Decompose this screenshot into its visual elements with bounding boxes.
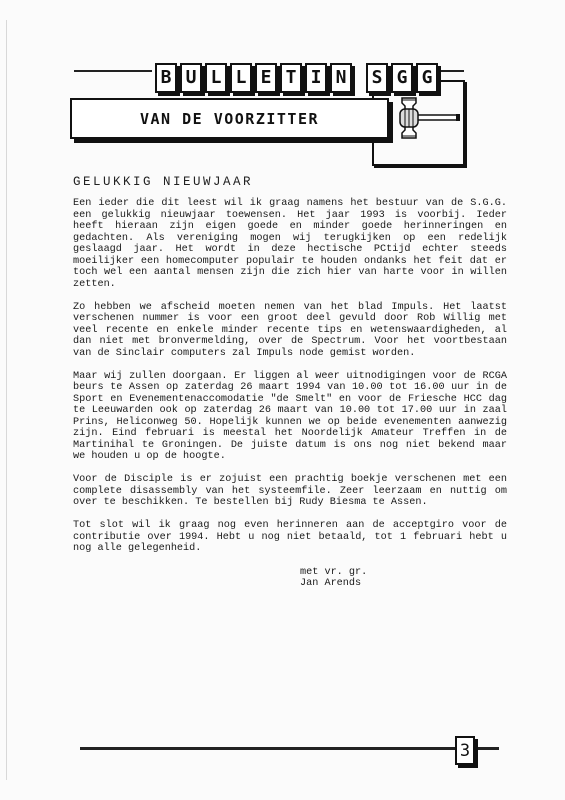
signoff: met vr. gr. Jan Arends bbox=[300, 567, 507, 590]
article-paragraph: Voor de Disciple is er zojuist een prach… bbox=[73, 474, 507, 509]
masthead-letter: L bbox=[230, 63, 252, 93]
section-title: VAN DE VOORZITTER bbox=[140, 110, 319, 128]
article-paragraph: Een ieder die dit leest wil ik graag nam… bbox=[73, 198, 507, 290]
masthead: B U L L E T I N S G G bbox=[152, 63, 441, 96]
signoff-author: Jan Arends bbox=[300, 578, 507, 590]
page-number: 3 bbox=[455, 736, 475, 765]
masthead-letter: I bbox=[305, 63, 327, 93]
article-heading: GELUKKIG NIEUWJAAR bbox=[73, 175, 507, 189]
article: GELUKKIG NIEUWJAAR Een ieder die dit lee… bbox=[73, 175, 507, 590]
masthead-letter: T bbox=[280, 63, 302, 93]
signoff-greeting: met vr. gr. bbox=[300, 567, 507, 579]
masthead-letter: N bbox=[330, 63, 352, 93]
masthead-letter: G bbox=[416, 63, 438, 93]
masthead-letter: B bbox=[155, 63, 177, 93]
footer-rule bbox=[80, 747, 499, 750]
masthead-letter: E bbox=[255, 63, 277, 93]
article-paragraph: Zo hebben we afscheid moeten nemen van h… bbox=[73, 302, 507, 360]
masthead-letter: G bbox=[391, 63, 413, 93]
section-banner: VAN DE VOORZITTER bbox=[70, 98, 389, 139]
gavel-icon bbox=[396, 95, 461, 141]
masthead-letter: L bbox=[205, 63, 227, 93]
article-paragraph: Tot slot wil ik graag nog even herinnere… bbox=[73, 520, 507, 555]
masthead-letter: U bbox=[180, 63, 202, 93]
article-paragraph: Maar wij zullen doorgaan. Er liggen al w… bbox=[73, 371, 507, 463]
masthead-letter: S bbox=[366, 63, 388, 93]
page-edge bbox=[6, 20, 7, 780]
